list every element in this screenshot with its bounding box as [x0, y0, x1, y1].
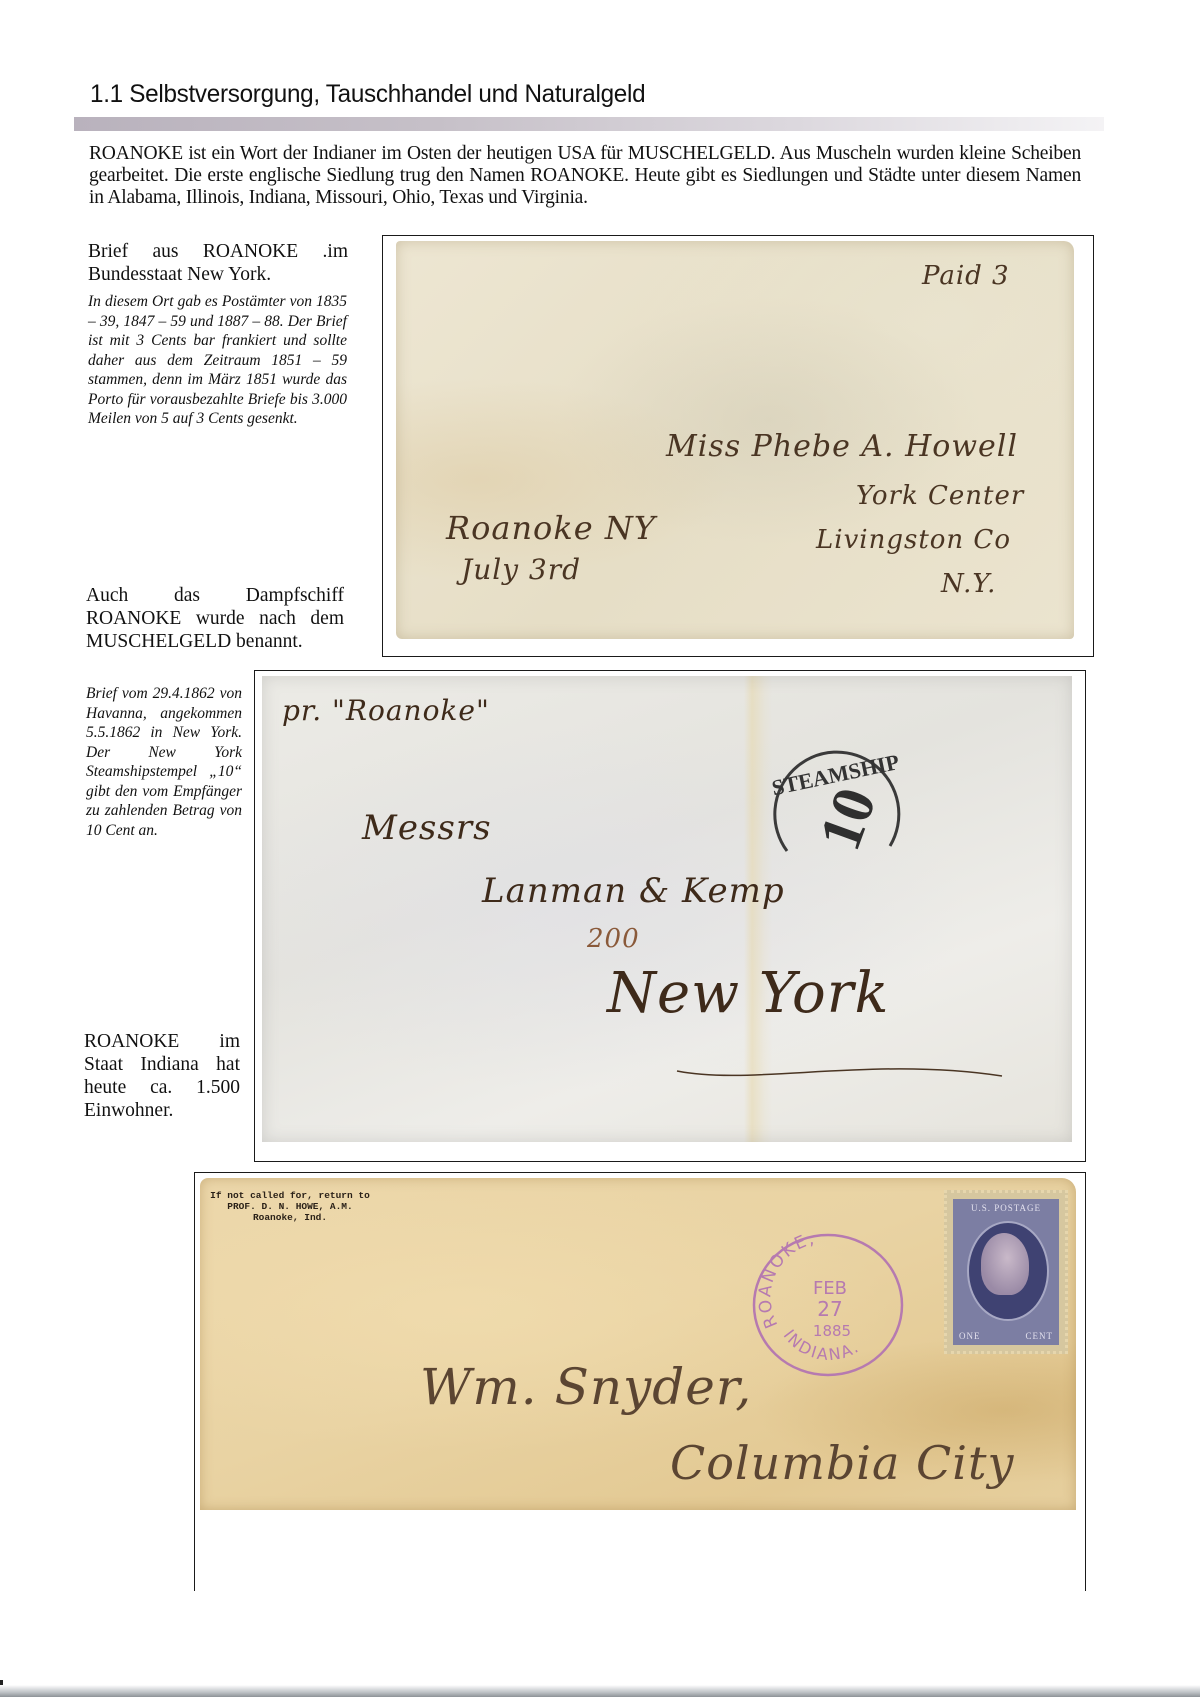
- flourish-underline: [672, 1046, 1012, 1086]
- one-cent-franklin-stamp: U.S. POSTAGE ONE CENT: [944, 1190, 1068, 1354]
- return-address: If not called for, return to PROF. D. N.…: [210, 1190, 370, 1223]
- section-2-note: Brief vom 29.4.1862 von Havanna, angekom…: [86, 684, 242, 840]
- cover-1-address-line-1: Miss Phebe A. Howell: [666, 429, 1018, 464]
- cover-3-roanoke-indiana: If not called for, return to PROF. D. N.…: [200, 1178, 1076, 1510]
- scan-edge-bottom: [0, 1685, 1200, 1697]
- section-1-note: In diesem Ort gab es Postämter von 1835 …: [88, 292, 347, 429]
- cover-1-origin-line-2: July 3rd: [461, 553, 581, 586]
- cover-1-roanoke-ny: Paid 3 Miss Phebe A. Howell York Center …: [396, 241, 1074, 639]
- cover-1-address-line-2: York Center: [856, 481, 1024, 511]
- cover-1-rate-marking: Paid 3: [922, 261, 1010, 291]
- heading-underline-bar: [74, 117, 1104, 131]
- roanoke-indiana-postmark: ROANOKE, INDIANA. FEB 27 1885: [748, 1230, 908, 1380]
- svg-text:27: 27: [817, 1297, 842, 1321]
- svg-text:10: 10: [806, 779, 889, 858]
- cover-2-address-line-1: Messrs: [362, 808, 492, 848]
- svg-text:1885: 1885: [813, 1322, 851, 1340]
- svg-text:FEB: FEB: [813, 1278, 847, 1299]
- cover-1-address-line-3: Livingston Co: [816, 525, 1011, 555]
- cover-2-steamship-roanoke: pr. "Roanoke" STEAMSHIP 10 Messrs Lanman…: [262, 676, 1072, 1142]
- section-1-title: Brief aus ROANOKE .im Bundesstaat New Yo…: [88, 240, 348, 286]
- cover-2-address-line-2: Lanman & Kemp: [482, 871, 785, 911]
- cover-3-address-line-2: Columbia City: [670, 1436, 1014, 1490]
- franklin-portrait-icon: [981, 1233, 1029, 1295]
- page-title: 1.1 Selbstversorgung, Tauschhandel und N…: [90, 80, 645, 109]
- cover-3-address-line-1: Wm. Snyder,: [420, 1358, 752, 1416]
- cover-2-ship-marking: pr. "Roanoke": [282, 694, 490, 727]
- cover-1-origin-line-1: Roanoke NY: [446, 509, 656, 547]
- cover-2-pencil-note: 200: [587, 924, 640, 954]
- svg-text:ROANOKE,: ROANOKE,: [755, 1230, 817, 1331]
- cover-2-address-line-3: New York: [607, 961, 889, 1026]
- section-2-title: Auch das Dampfschiff ROANOKE wurde nach …: [86, 584, 344, 653]
- cover-1-address-line-4: N.Y.: [941, 569, 996, 599]
- section-3-title: ROANOKE im Staat Indiana hat heute ca. 1…: [84, 1030, 240, 1122]
- steamship-10-handstamp: STEAMSHIP 10: [762, 746, 912, 866]
- intro-paragraph: ROANOKE ist ein Wort der Indianer im Ost…: [89, 143, 1081, 209]
